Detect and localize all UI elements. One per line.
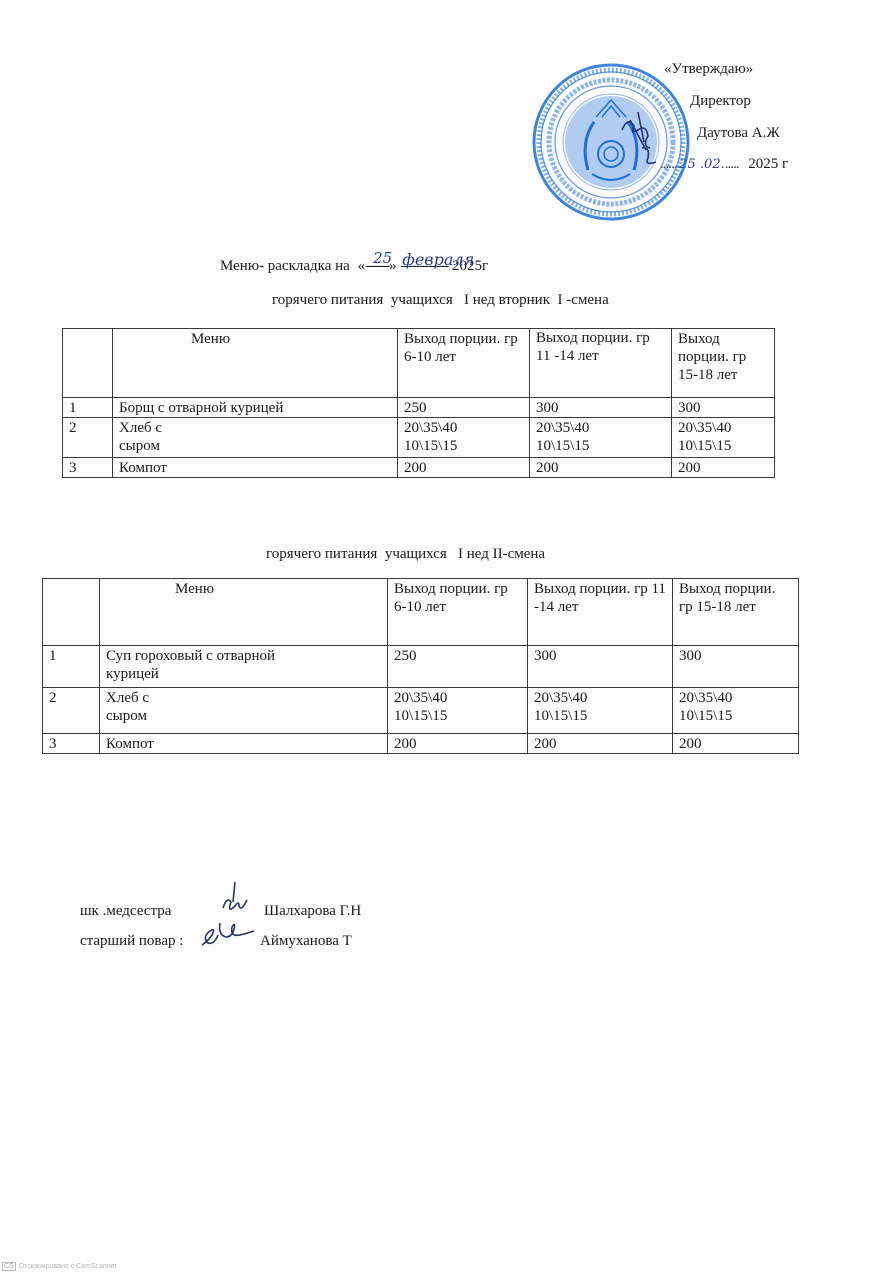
row-portion-15-18: 200 <box>672 458 775 478</box>
menu-table-shift-2: Меню Выход порции. гр 6-10 лет Выход пор… <box>42 578 799 754</box>
row-portion-11-14: 300 <box>530 398 672 418</box>
scanner-text: Отсканировано с CamScanner <box>19 1263 117 1270</box>
row-num: 3 <box>63 458 113 478</box>
header-num <box>63 329 113 398</box>
table-caption-shift-1: горячего питания учащихся I нед вторник … <box>272 292 609 309</box>
row-num: 2 <box>43 688 100 734</box>
row-dish: Хлеб с сыром <box>113 418 398 458</box>
row-num: 3 <box>43 734 100 754</box>
row-num: 1 <box>63 398 113 418</box>
header-menu: Меню <box>100 579 388 646</box>
header-portion-15-18: Выход порции. гр 15-18 лет <box>673 579 799 646</box>
header-menu: Меню <box>113 329 398 398</box>
row-portion-11-14: 20\35\40 10\15\15 <box>530 418 672 458</box>
header-portion-6-10: Выход порции. гр 6-10 лет <box>398 329 530 398</box>
menu-month-handwritten: февраля <box>402 250 474 269</box>
header-portion-11-14: Выход порции. гр 11 -14 лет <box>528 579 673 646</box>
table-row: 3 Компот 200 200 200 <box>43 734 799 754</box>
row-portion-15-18: 200 <box>673 734 799 754</box>
signature-cook <box>198 915 258 956</box>
signature-name-nurse: Шалхарова Г.Н <box>264 903 361 920</box>
menu-day-handwritten: 25 <box>373 249 392 267</box>
row-portion-11-14: 300 <box>528 646 673 688</box>
row-dish: Борщ с отварной курицей <box>113 398 398 418</box>
row-portion-15-18: 300 <box>673 646 799 688</box>
approval-year: 2025 г <box>748 156 788 172</box>
table-row: 1 Борщ с отварной курицей 250 300 300 <box>63 398 775 418</box>
approval-name: Даутова А.Ж <box>697 126 780 141</box>
row-portion-15-18: 20\35\40 10\15\15 <box>672 418 775 458</box>
table-row: 2 Хлеб с сыром 20\35\40 10\15\15 20\35\4… <box>43 688 799 734</box>
table-row: 1 Суп гороховый с отварной курицей 250 3… <box>43 646 799 688</box>
row-portion-15-18: 20\35\40 10\15\15 <box>673 688 799 734</box>
menu-title: Меню- раскладка на «------25» ----------… <box>220 258 488 275</box>
table-caption-shift-2: горячего питания учащихся I нед II-смена <box>266 546 545 563</box>
row-portion-6-10: 250 <box>398 398 530 418</box>
menu-title-prefix: Меню- раскладка на <box>220 258 350 274</box>
row-num: 1 <box>43 646 100 688</box>
row-portion-11-14: 200 <box>530 458 672 478</box>
menu-table-shift-1: Меню Выход порции. гр 6-10 лет Выход пор… <box>62 328 775 478</box>
row-dish: Компот <box>100 734 388 754</box>
row-portion-11-14: 200 <box>528 734 673 754</box>
table-row: 3 Компот 200 200 200 <box>63 458 775 478</box>
table-header-row: Меню Выход порции. гр 6-10 лет Выход пор… <box>63 329 775 398</box>
row-portion-15-18: 300 <box>672 398 775 418</box>
header-portion-11-14: Выход порции. гр 11 -14 лет <box>530 329 672 398</box>
handwritten-signature-icon <box>215 880 251 920</box>
row-dish: Суп гороховый с отварной курицей <box>100 646 388 688</box>
signature-role-cook: старший повар : <box>80 933 183 950</box>
table-header-row: Меню Выход порции. гр 6-10 лет Выход пор… <box>43 579 799 646</box>
row-portion-11-14: 20\35\40 10\15\15 <box>528 688 673 734</box>
row-dish: Хлеб с сыром <box>100 688 388 734</box>
row-portion-6-10: 20\35\40 10\15\15 <box>388 688 528 734</box>
scanner-watermark: CS Отсканировано с CamScanner <box>2 1262 117 1271</box>
header-portion-15-18: Выход порции. гр 15-18 лет <box>672 329 775 398</box>
header-portion-6-10: Выход порции. гр 6-10 лет <box>388 579 528 646</box>
stamp-emblem-icon <box>530 62 692 222</box>
official-stamp <box>530 62 692 222</box>
row-num: 2 <box>63 418 113 458</box>
approval-position: Директор <box>690 94 751 109</box>
header-num <box>43 579 100 646</box>
handwritten-signature-icon <box>198 915 258 951</box>
row-portion-6-10: 250 <box>388 646 528 688</box>
row-dish: Компот <box>113 458 398 478</box>
signature-role-nurse: шк .медсестра <box>80 903 171 920</box>
signature-name-cook: Аймуханова Т <box>260 933 352 950</box>
camscanner-logo-icon: CS <box>2 1262 16 1271</box>
row-portion-6-10: 20\35\40 10\15\15 <box>398 418 530 458</box>
row-portion-6-10: 200 <box>388 734 528 754</box>
row-portion-6-10: 200 <box>398 458 530 478</box>
table-row: 2 Хлеб с сыром 20\35\40 10\15\15 20\35\4… <box>63 418 775 458</box>
